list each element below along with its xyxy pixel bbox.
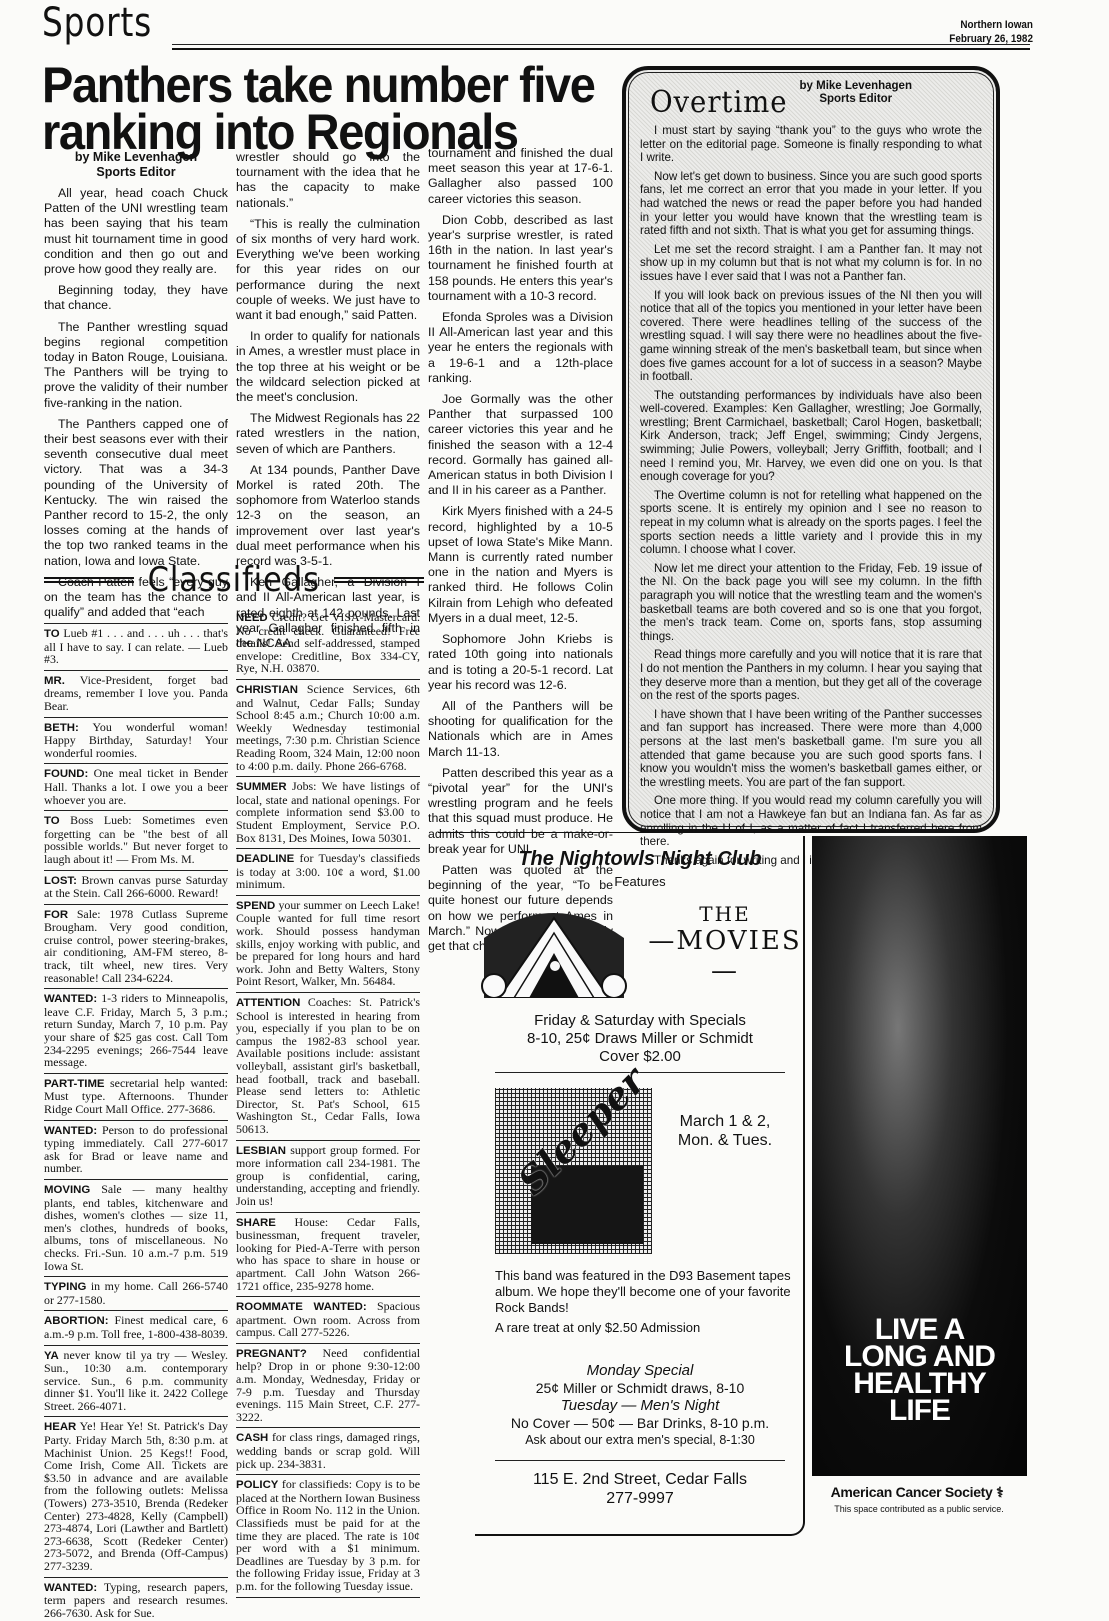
classified-ad: TYPING in my home. Call 266-5740 or 277-… (44, 1277, 228, 1311)
overtime-paragraph: Let me set the record straight. I am a P… (640, 243, 982, 284)
section-title: Sports (42, 0, 152, 46)
classified-text: Coaches: St. Patrick's School is interes… (236, 995, 420, 1136)
classified-lead: MR. (44, 675, 65, 687)
classified-lead: ATTENTION (236, 997, 300, 1009)
tuesday-title: Tuesday — Men's Night (475, 1397, 805, 1415)
nightowls-subtitle: Features (475, 874, 805, 889)
overtime-body: I must start by saying “thank you” to th… (636, 124, 986, 867)
art-deco-stage-illustration (479, 898, 629, 998)
article-paragraph: At 134 pounds, Panther Dave Morkel is ra… (236, 463, 420, 569)
classified-text: never know til ya try — Wesley. Sun., 10… (44, 1348, 228, 1413)
classifieds-header: Classifieds (44, 560, 424, 600)
classified-ad: TO Boss Lueb: Sometimes even forgetting … (44, 811, 228, 870)
classified-text: Boss Lueb: Sometimes even forgetting can… (44, 813, 228, 866)
classified-lead: MOVING (44, 1184, 90, 1196)
classified-lead: ROOMMATE WANTED: (236, 1301, 367, 1313)
byline-name: by Mike Levenhagen (44, 150, 228, 165)
classifieds-title: Classifieds (144, 560, 324, 600)
article-paragraph: Efonda Sproles was a Division II All-Ame… (428, 310, 613, 386)
nightowls-ad: The Nightowls Night Club Features THE —M… (475, 836, 805, 1536)
classified-ad: ATTENTION Coaches: St. Patrick's School … (236, 993, 420, 1141)
classified-lead: TO (44, 628, 60, 640)
overtime-paragraph: Now let's get down to business. Since yo… (640, 170, 982, 238)
article-paragraph: Beginning today, they have that chance. (44, 283, 228, 313)
article-paragraph: In order to qualify for nationals in Ame… (236, 329, 420, 405)
slogan-line-3: HEALTHY (812, 1370, 1027, 1397)
band-dates: March 1 & 2, Mon. & Tues. (655, 1112, 795, 1150)
classified-lead: TO (44, 815, 60, 827)
overtime-paragraph: Read things more carefully and you will … (640, 648, 982, 702)
article-paragraph: All of the Panthers will be shooting for… (428, 699, 613, 760)
article-paragraph: The Midwest Regionals has 22 rated wrest… (236, 411, 420, 457)
classified-ad: FOR Sale: 1978 Cutlass Supreme Brougham.… (44, 905, 228, 990)
overtime-title: Overtime (650, 85, 788, 120)
classified-lead: LESBIAN (236, 1145, 286, 1157)
classified-lead: NEED (236, 612, 268, 624)
classified-lead: ABORTION: (44, 1315, 109, 1327)
acs-public-service-note: This space contributed as a public servi… (814, 1504, 1024, 1514)
classified-text: for classifieds: Copy is to be placed at… (236, 1477, 420, 1593)
movies-the: THE (645, 902, 805, 926)
classified-text: Sale — many healthy plants, end tables, … (44, 1182, 228, 1273)
band-dates-line-2: Mon. & Tues. (655, 1131, 795, 1150)
classified-ad: WANTED: 1-3 riders to Minneapolis, leave… (44, 989, 228, 1074)
tuesday-detail: No Cover — 50¢ — Bar Drinks, 8-10 p.m. (475, 1415, 805, 1433)
article-paragraph: All year, head coach Chuck Patten of the… (44, 186, 228, 277)
acs-organization-name: American Cancer Society ⚕ (812, 1484, 1022, 1501)
monday-detail: 25¢ Miller or Schmidt draws, 8-10 (475, 1380, 805, 1398)
article-headline: Panthers take number five ranking into R… (42, 62, 594, 156)
band-dates-line-1: March 1 & 2, (655, 1112, 795, 1131)
classified-ad: CHRISTIAN Science Services, 6th and Waln… (236, 680, 420, 777)
classified-lead: SUMMER (236, 781, 287, 793)
classified-ad: CASH for class rings, damaged rings, wed… (236, 1428, 420, 1475)
headline-line-1: Panthers take number five (42, 62, 594, 109)
overtime-paragraph: The outstanding performances by individu… (640, 389, 982, 484)
article-paragraph: Dion Cobb, described as last year's surp… (428, 213, 613, 304)
sleeper-band-image: Sleeper (495, 1088, 652, 1254)
article-paragraph: The Panther wrestling squad begins regio… (44, 320, 228, 411)
overtime-paragraph: If you will look back on previous issues… (640, 289, 982, 384)
classified-lead: CASH (236, 1432, 268, 1444)
acs-profiles-photo: LIVE A LONG AND HEALTHY LIFE (812, 836, 1027, 1476)
classified-ad: POLICY for classifieds: Copy is to be pl… (236, 1475, 420, 1597)
classified-ad: NEED Credit? Get VISA-Mastercard. No cre… (236, 608, 420, 680)
classified-ad: SHARE House: Cedar Falls, businessman, f… (236, 1213, 420, 1298)
classified-lead: WANTED: (44, 993, 97, 1005)
article-byline: by Mike Levenhagen Sports Editor (44, 150, 228, 180)
article-paragraph: “This is really the culmination of six m… (236, 217, 420, 323)
classified-ad: ABORTION: Finest medical care, 6 a.m.-9 … (44, 1311, 228, 1345)
classified-text: Sale: 1978 Cutlass Supreme Brougham. Ver… (44, 907, 228, 985)
overtime-column-box: Overtime by Mike Levenhagen Sports Edito… (622, 66, 1000, 833)
admission-price: A rare treat at only $2.50 Admission (495, 1320, 795, 1336)
article-paragraph: wrestler should go into the tournament w… (236, 150, 420, 211)
classified-ad: LOST: Brown canvas purse Saturday at the… (44, 871, 228, 905)
classified-ad: WANTED: Typing, research papers, term pa… (44, 1578, 228, 1621)
weekend-line-3: Cover $2.00 (475, 1048, 805, 1066)
nightowls-title: The Nightowls Night Club (475, 848, 805, 871)
classified-lead: YA (44, 1350, 59, 1362)
overtime-paragraph: The Overtime column is not for retelling… (640, 489, 982, 557)
article-paragraph: Joe Gormally was the other Panther that … (428, 392, 613, 498)
classified-ad: MOVING Sale — many healthy plants, end t… (44, 1180, 228, 1277)
classified-ad: HEAR Ye! Hear Ye! St. Patrick's Day Part… (44, 1417, 228, 1577)
classifieds-rule-right (334, 577, 424, 583)
classified-lead: LOST: (44, 875, 77, 887)
classified-lead: POLICY (236, 1479, 278, 1491)
club-phone: 277-9997 (475, 1489, 805, 1508)
classified-lead: PART-TIME (44, 1078, 105, 1090)
weekday-specials: Monday Special 25¢ Miller or Schmidt dra… (475, 1362, 805, 1450)
article-paragraph: Kirk Myers finished with a 24-5 record, … (428, 504, 613, 626)
movies-name: —MOVIES— (645, 926, 805, 986)
article-paragraph: tournament and finished the dual meet se… (428, 146, 613, 207)
classified-lead: CHRISTIAN (236, 684, 298, 696)
classified-ad: YA never know til ya try — Wesley. Sun.,… (44, 1346, 228, 1418)
classified-lead: FOUND: (44, 768, 88, 780)
classified-text: Lueb #1 . . . and . . . uh . . . that's … (44, 626, 228, 666)
byline-title: Sports Editor (44, 165, 228, 180)
ad-section-rule (438, 832, 810, 833)
acs-sword-logo-icon: ⚕ (996, 1484, 1003, 1500)
classified-lead: TYPING (44, 1281, 86, 1293)
paper-info: Northern Iowan February 26, 1982 (949, 18, 1033, 46)
overtime-paragraph: I have shown that I have been writing of… (640, 708, 982, 790)
club-contact: 115 E. 2nd Street, Cedar Falls 277-9997 (475, 1470, 805, 1508)
classified-ad: TO Lueb #1 . . . and . . . uh . . . that… (44, 624, 228, 671)
classified-ad: DEADLINE for Tuesday's classifieds is to… (236, 849, 420, 896)
classifieds-rule-left (44, 577, 134, 583)
classified-ad: LESBIAN support group formed. For more i… (236, 1141, 420, 1213)
monday-title: Monday Special (475, 1362, 805, 1380)
overtime-byline-title: Sports Editor (800, 93, 912, 106)
classified-ad: MR. Vice-President, forget bad dreams, r… (44, 671, 228, 718)
classifieds-column-left: TO Lueb #1 . . . and . . . uh . . . that… (44, 623, 228, 1621)
article-column-1: by Mike Levenhagen Sports Editor All yea… (44, 150, 228, 626)
acs-slogan: LIVE A LONG AND HEALTHY LIFE (812, 1316, 1027, 1424)
classified-lead: DEADLINE (236, 853, 294, 865)
classified-lead: PREGNANT? (236, 1348, 307, 1360)
weekend-specials: Friday & Saturday with Specials 8-10, 25… (475, 1012, 805, 1066)
classified-lead: FOR (44, 909, 68, 921)
classified-ad: BETH: You wonderful woman! Happy Birthda… (44, 718, 228, 765)
classified-text: Vice-President, forget bad dreams, remem… (44, 673, 228, 713)
club-address: 115 E. 2nd Street, Cedar Falls (475, 1470, 805, 1489)
weekend-line-2: 8-10, 25¢ Draws Miller or Schmidt (475, 1030, 805, 1048)
classified-ad: SPEND your summer on Leech Lake! Couple … (236, 896, 420, 993)
the-movies-logo: THE —MOVIES— (645, 902, 805, 986)
classified-lead: SHARE (236, 1217, 276, 1229)
weekend-line-1: Friday & Saturday with Specials (475, 1012, 805, 1030)
overtime-header: Overtime by Mike Levenhagen Sports Edito… (636, 80, 986, 120)
acs-name-text: American Cancer Society (831, 1484, 993, 1500)
paper-name: Northern Iowan (949, 18, 1033, 32)
classified-ad: FOUND: One meal ticket in Bender Hall. T… (44, 764, 228, 811)
overtime-byline: by Mike Levenhagen Sports Editor (800, 80, 912, 120)
masthead-rule (172, 44, 1030, 50)
classified-ad: PART-TIME secretarial help wanted: Must … (44, 1074, 228, 1121)
slogan-line-2: LONG AND (812, 1343, 1027, 1370)
overtime-paragraph: Now let me direct your attention to the … (640, 562, 982, 644)
article-paragraph: Sophomore John Kriebs is rated 10th goin… (428, 632, 613, 693)
slogan-line-1: LIVE A (812, 1316, 1027, 1343)
classified-lead: SPEND (236, 900, 275, 912)
classifieds-column-right: NEED Credit? Get VISA-Mastercard. No cre… (236, 608, 420, 1598)
band-blurb: This band was featured in the D93 Baseme… (495, 1268, 795, 1316)
classified-text: Science Services, 6th and Walnut, Cedar … (236, 682, 420, 773)
classified-lead: HEAR (44, 1421, 76, 1433)
classified-ad: WANTED: Person to do professional typing… (44, 1121, 228, 1180)
classified-lead: WANTED: (44, 1582, 97, 1594)
classified-ad: ROOMMATE WANTED: Spacious apartment. Own… (236, 1297, 420, 1344)
issue-date: February 26, 1982 (949, 32, 1033, 46)
ad-divider (495, 1072, 785, 1073)
classified-lead: WANTED: (44, 1125, 97, 1137)
classified-lead: BETH: (44, 722, 79, 734)
classified-ad: PREGNANT? Need confidential help? Drop i… (236, 1344, 420, 1429)
slogan-line-4: LIFE (812, 1397, 1027, 1424)
ad-divider (495, 1460, 785, 1461)
overtime-paragraph: I must start by saying “thank you” to th… (640, 124, 982, 165)
classified-text: Ye! Hear Ye! St. Patrick's Day Party. Fr… (44, 1419, 228, 1573)
overtime-byline-name: by Mike Levenhagen (800, 80, 912, 93)
extra-special: Ask about our extra men's special, 8-1:3… (475, 1432, 805, 1450)
classified-ad: SUMMER Jobs: We have listings of local, … (236, 777, 420, 849)
classified-text: your summer on Leech Lake! Couple wanted… (236, 898, 420, 989)
article-paragraph: The Panthers capped one of their best se… (44, 417, 228, 569)
